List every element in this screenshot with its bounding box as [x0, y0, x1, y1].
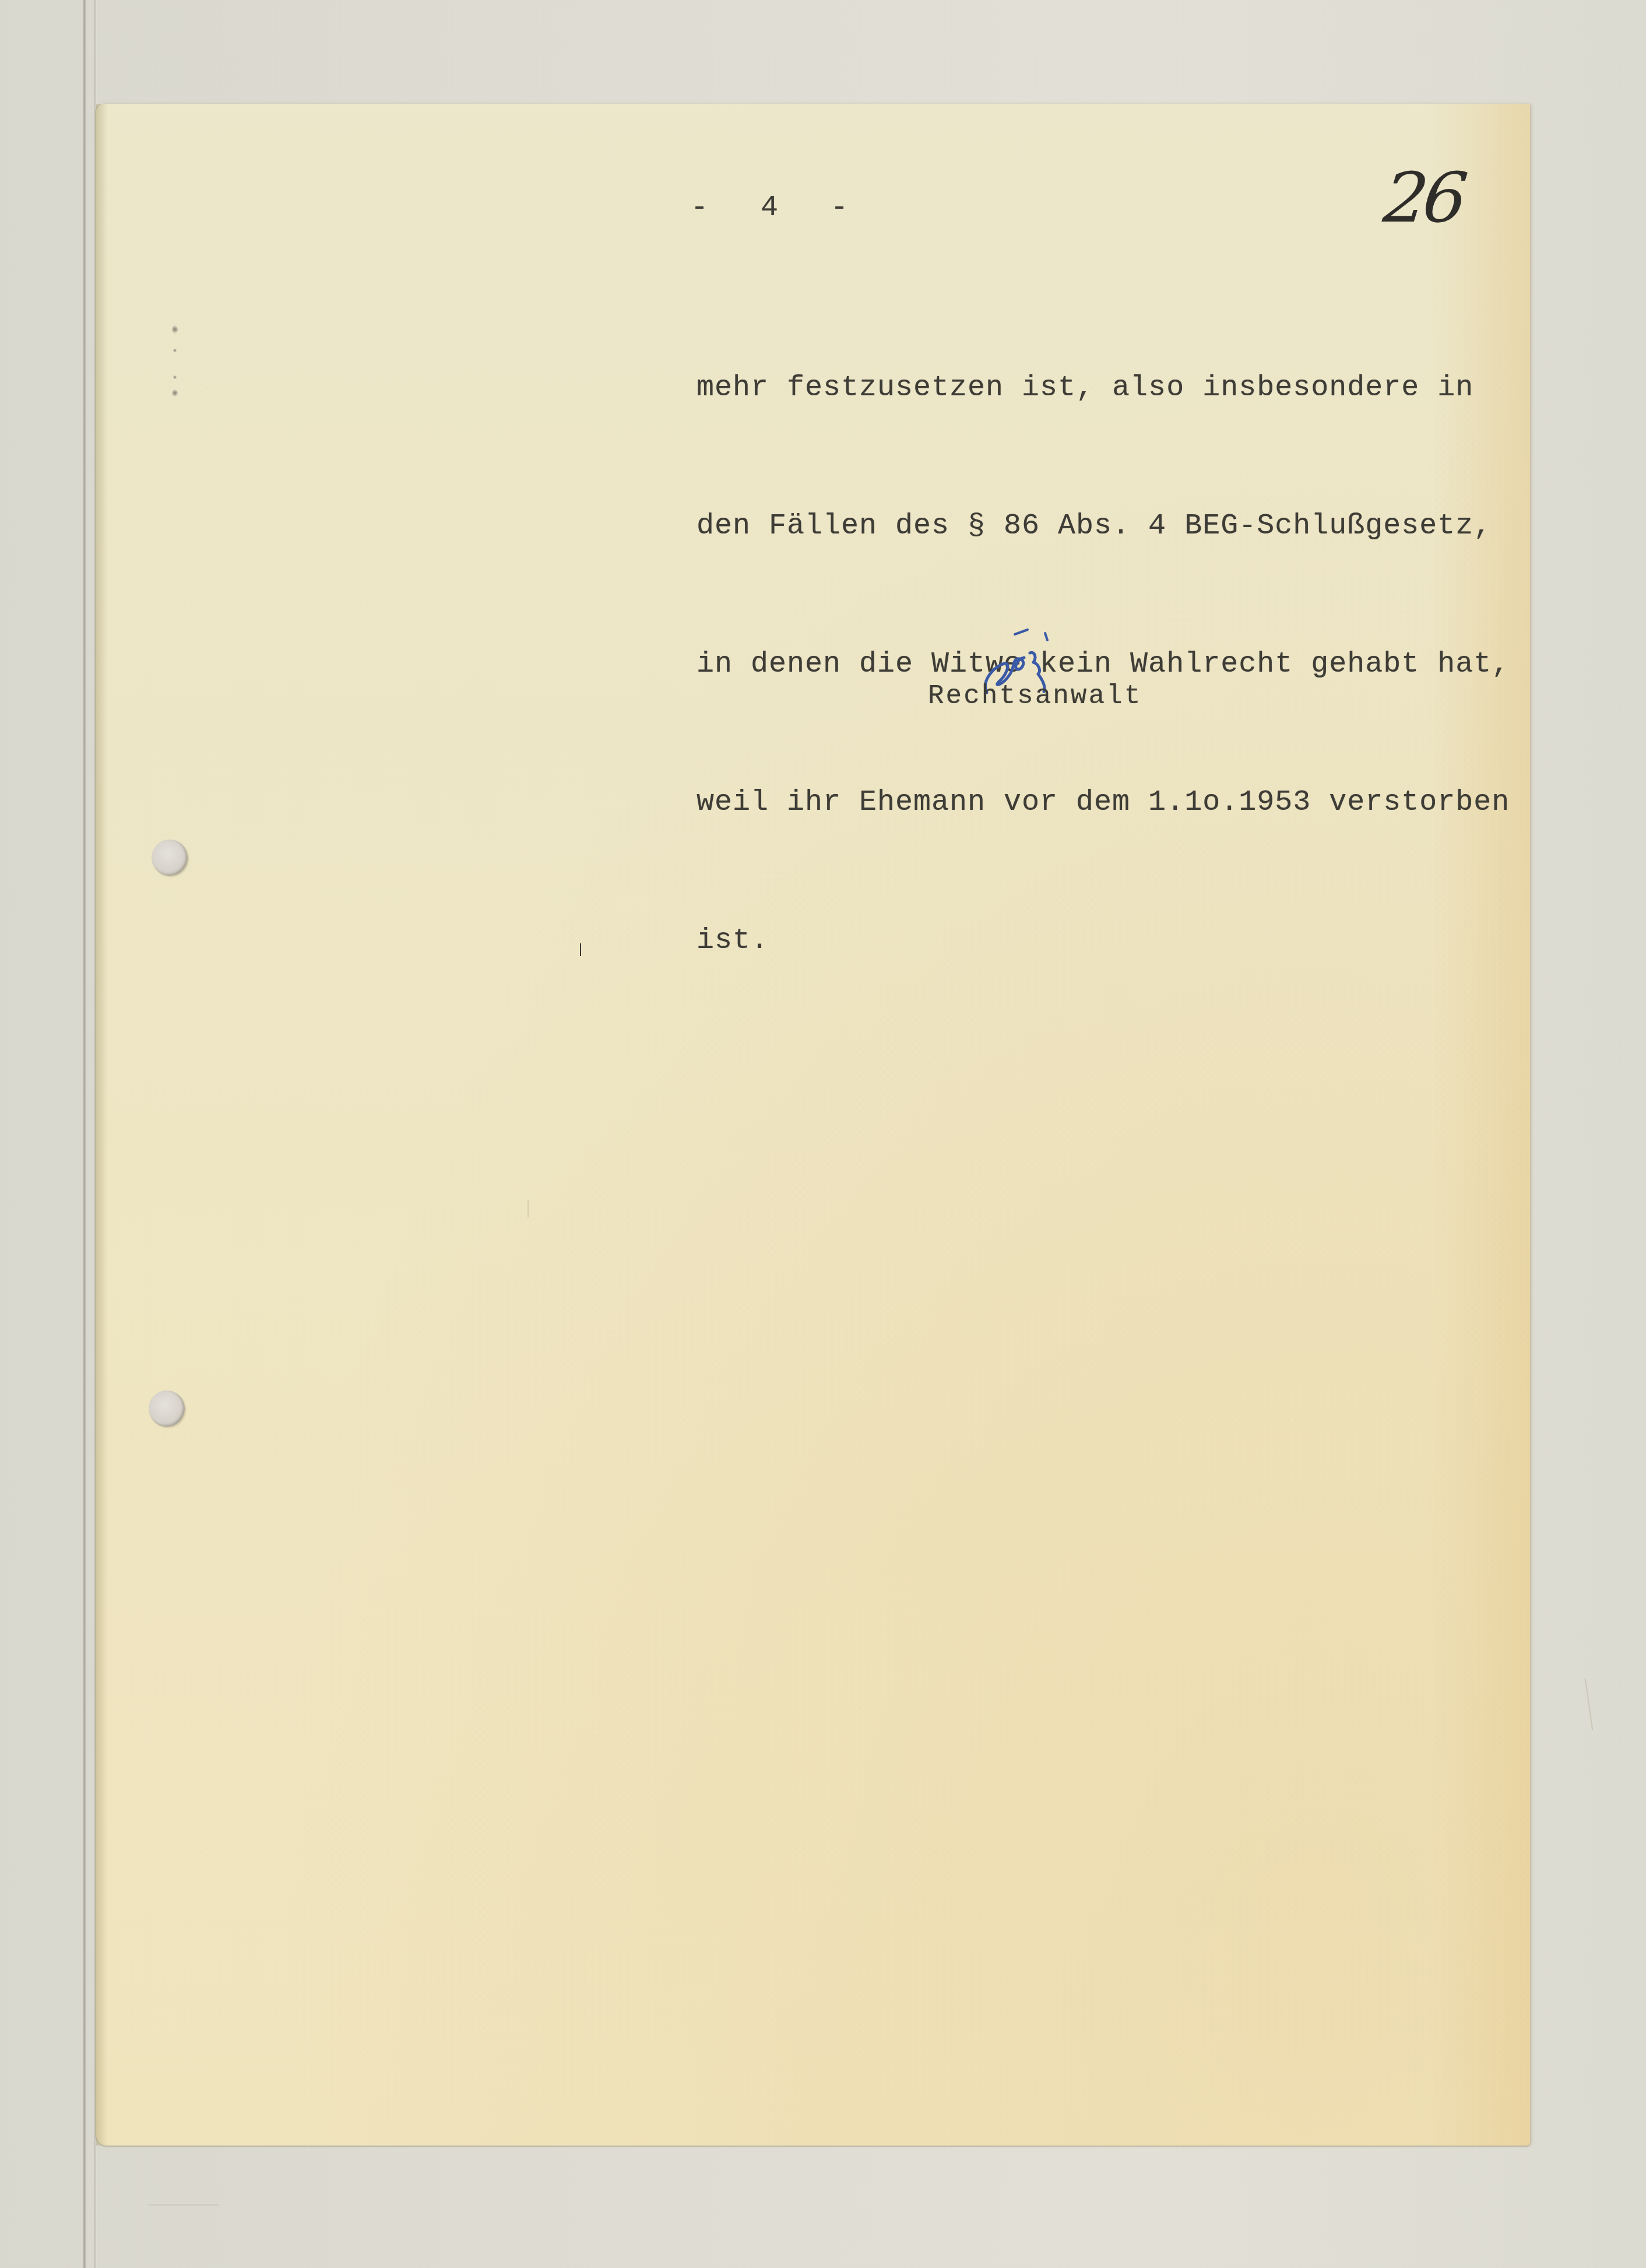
paper-fiber	[1585, 1678, 1594, 1730]
punch-hole-upper	[152, 840, 188, 876]
page-edge-shadow	[96, 104, 108, 2146]
body-line: weil ihr Ehemann vor dem 1.1o.1953 verst…	[697, 780, 1513, 826]
page-number: - 4 -	[691, 191, 848, 224]
paper-fiber	[527, 1200, 529, 1217]
ink-speck	[580, 943, 581, 956]
body-paragraph: mehr festzusetzen ist, also insbesondere…	[697, 273, 1513, 1056]
body-line: den Fällen des § 86 Abs. 4 BEG-Schlußges…	[697, 503, 1513, 549]
document-page: - 4 - 26 mehr festzusetzen ist, also ins…	[96, 104, 1530, 2146]
sleeve-edge-line	[83, 0, 86, 2268]
punch-hole-lower	[149, 1391, 185, 1427]
backing-mark	[149, 2204, 219, 2206]
body-line: ist.	[697, 918, 1513, 964]
body-line: mehr festzusetzen ist, also insbesondere…	[697, 365, 1513, 411]
signature-title: Rechtsanwalt	[928, 681, 1142, 711]
handwritten-folio-number: 26	[1380, 157, 1467, 238]
